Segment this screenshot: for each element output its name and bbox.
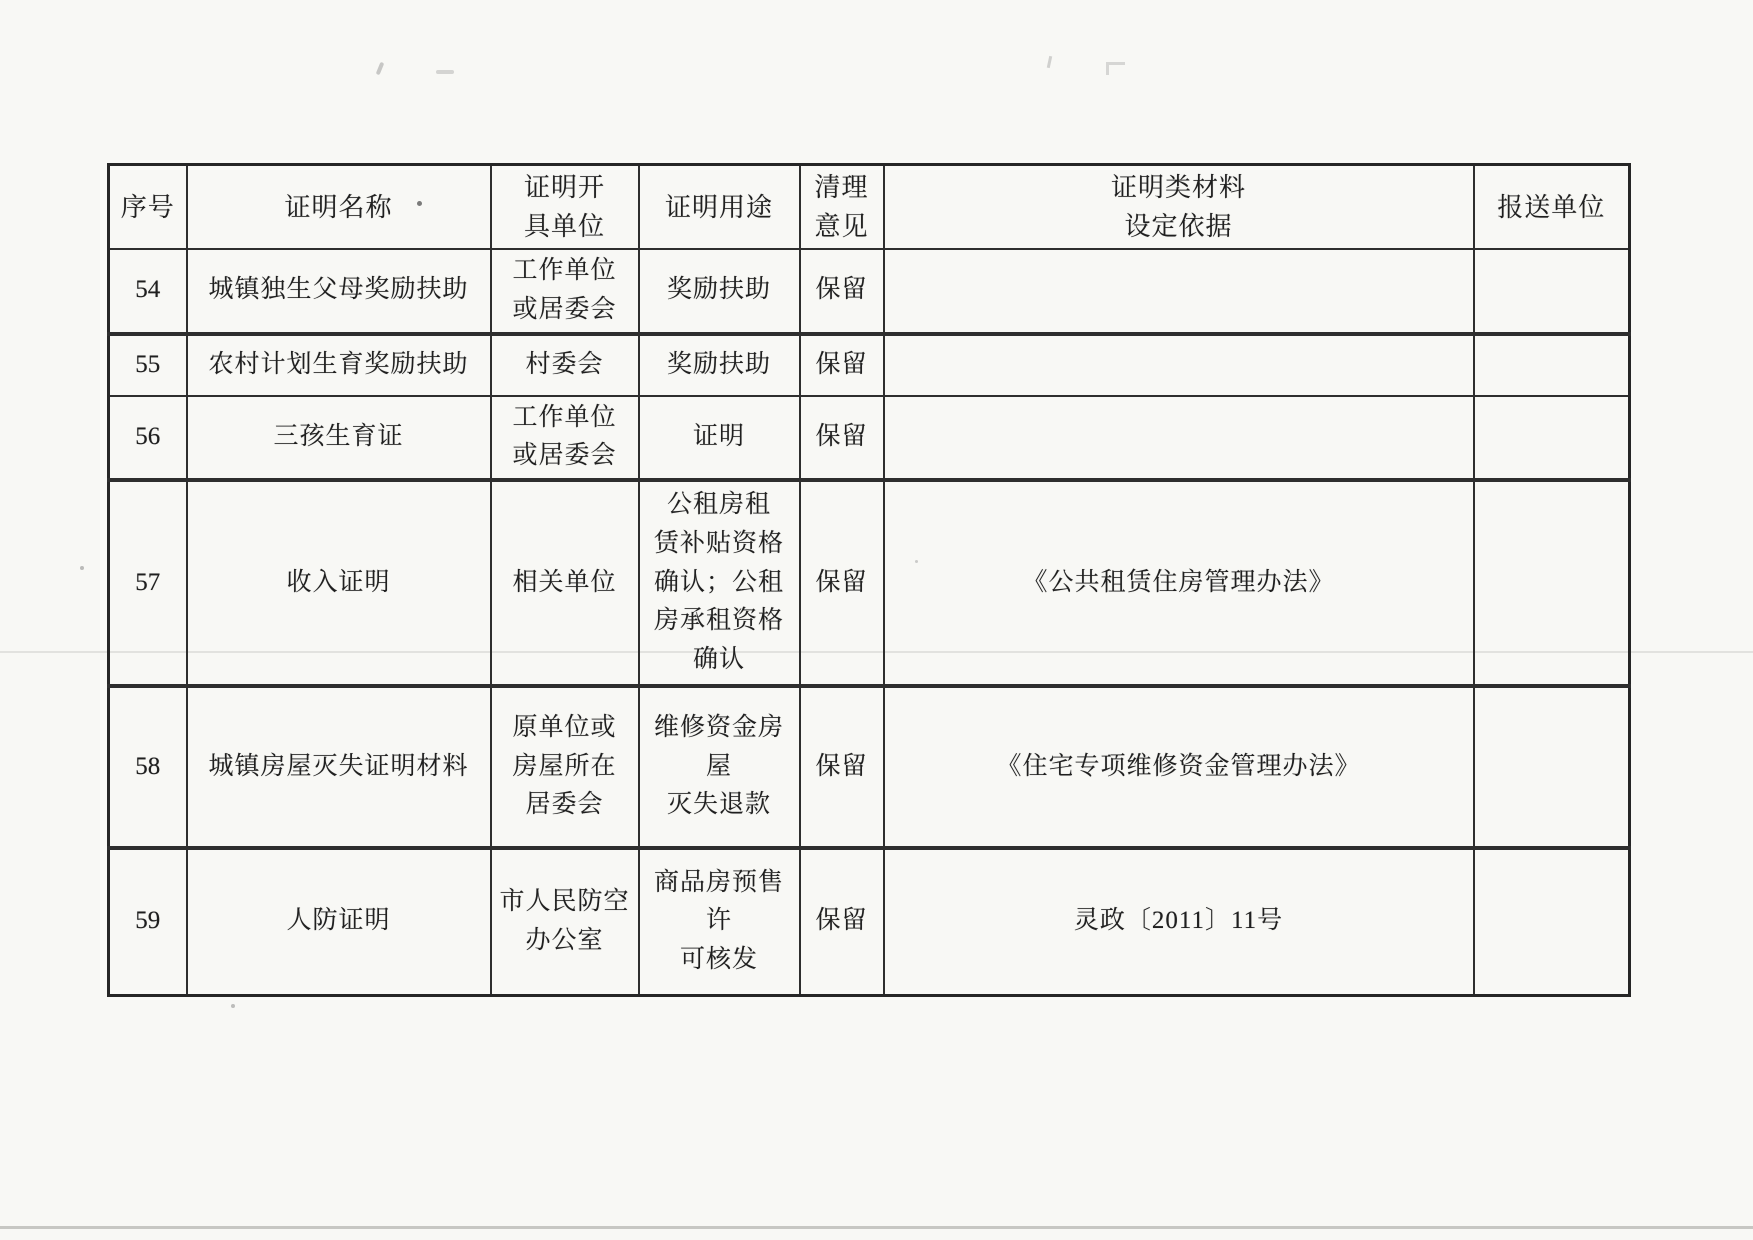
cell-purpose: 奖励扶助 xyxy=(639,249,800,334)
cell-basis xyxy=(884,249,1474,334)
cell-purpose: 证明 xyxy=(639,396,800,481)
cell-index: 55 xyxy=(109,334,187,396)
scan-speck xyxy=(231,1004,235,1008)
cell-opinion: 保留 xyxy=(800,848,884,995)
cell-opinion: 保留 xyxy=(800,396,884,481)
table-row: 55 农村计划生育奖励扶助 村委会 奖励扶助 保留 xyxy=(109,334,1630,396)
cell-issuer: 工作单位 或居委会 xyxy=(491,396,639,481)
cell-issuer: 相关单位 xyxy=(491,480,639,686)
header-opinion: 清理 意见 xyxy=(800,165,884,250)
cell-index: 54 xyxy=(109,249,187,334)
cell-opinion: 保留 xyxy=(800,686,884,848)
table-row: 59 人防证明 市人民防空 办公室 商品房预售许 可核发 保留 灵政〔2011〕… xyxy=(109,848,1630,995)
cell-report-unit xyxy=(1474,686,1630,848)
cell-basis: 灵政〔2011〕11号 xyxy=(884,848,1474,995)
header-report-unit: 报送单位 xyxy=(1474,165,1630,250)
cell-report-unit xyxy=(1474,249,1630,334)
cell-index: 58 xyxy=(109,686,187,848)
cell-purpose: 维修资金房屋 灭失退款 xyxy=(639,686,800,848)
header-issuer: 证明开 具单位 xyxy=(491,165,639,250)
header-name: 证明名称 xyxy=(187,165,491,250)
scan-artifact xyxy=(1047,56,1052,68)
table-row: 56 三孩生育证 工作单位 或居委会 证明 保留 xyxy=(109,396,1630,481)
cell-report-unit xyxy=(1474,480,1630,686)
cell-name: 城镇独生父母奖励扶助 xyxy=(187,249,491,334)
cell-issuer: 村委会 xyxy=(491,334,639,396)
cell-index: 56 xyxy=(109,396,187,481)
cell-index: 59 xyxy=(109,848,187,995)
cell-name: 人防证明 xyxy=(187,848,491,995)
scanned-document-page: 序号 证明名称 证明开 具单位 证明用途 清理 意见 证明类材料 设定依据 报送… xyxy=(0,0,1753,1240)
cell-issuer: 原单位或 房屋所在 居委会 xyxy=(491,686,639,848)
cell-purpose: 奖励扶助 xyxy=(639,334,800,396)
scan-artifact xyxy=(436,70,454,74)
cell-report-unit xyxy=(1474,396,1630,481)
scan-artifact xyxy=(376,62,385,76)
cell-opinion: 保留 xyxy=(800,334,884,396)
cell-basis xyxy=(884,334,1474,396)
cell-name: 收入证明 xyxy=(187,480,491,686)
cell-basis: 《住宅专项维修资金管理办法》 xyxy=(884,686,1474,848)
header-purpose: 证明用途 xyxy=(639,165,800,250)
cell-issuer: 市人民防空 办公室 xyxy=(491,848,639,995)
certificate-clearance-table: 序号 证明名称 证明开 具单位 证明用途 清理 意见 证明类材料 设定依据 报送… xyxy=(107,163,1631,997)
table-row: 57 收入证明 相关单位 公租房租 赁补贴资格 确认；公租 房承租资格 确认 保… xyxy=(109,480,1630,686)
cell-name: 三孩生育证 xyxy=(187,396,491,481)
table-row: 58 城镇房屋灭失证明材料 原单位或 房屋所在 居委会 维修资金房屋 灭失退款 … xyxy=(109,686,1630,848)
cell-report-unit xyxy=(1474,334,1630,396)
cell-opinion: 保留 xyxy=(800,249,884,334)
header-index: 序号 xyxy=(109,165,187,250)
scan-edge-line xyxy=(0,1226,1753,1229)
scan-artifact xyxy=(1106,62,1125,75)
cell-basis: 《公共租赁住房管理办法》 xyxy=(884,480,1474,686)
header-basis: 证明类材料 设定依据 xyxy=(884,165,1474,250)
cell-opinion: 保留 xyxy=(800,480,884,686)
cell-index: 57 xyxy=(109,480,187,686)
cell-purpose: 公租房租 赁补贴资格 确认；公租 房承租资格 确认 xyxy=(639,480,800,686)
cell-issuer: 工作单位 或居委会 xyxy=(491,249,639,334)
cell-name: 农村计划生育奖励扶助 xyxy=(187,334,491,396)
cell-report-unit xyxy=(1474,848,1630,995)
cell-purpose: 商品房预售许 可核发 xyxy=(639,848,800,995)
cell-name: 城镇房屋灭失证明材料 xyxy=(187,686,491,848)
cell-basis xyxy=(884,396,1474,481)
table-header-row: 序号 证明名称 证明开 具单位 证明用途 清理 意见 证明类材料 设定依据 报送… xyxy=(109,165,1630,250)
table-row: 54 城镇独生父母奖励扶助 工作单位 或居委会 奖励扶助 保留 xyxy=(109,249,1630,334)
scan-speck xyxy=(80,566,84,570)
